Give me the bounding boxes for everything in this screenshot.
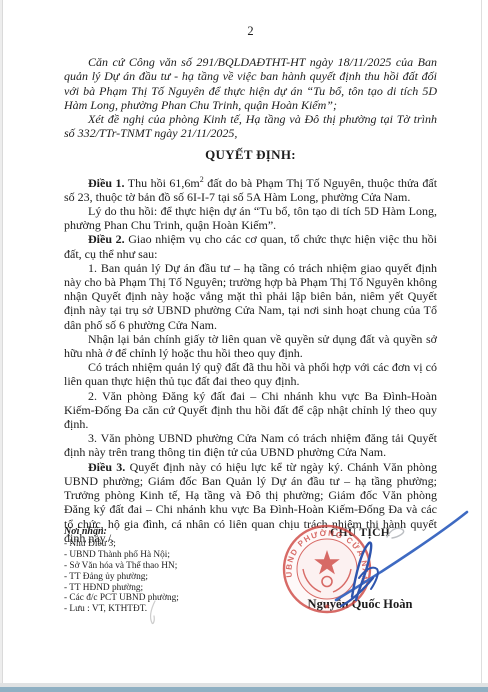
seal-bottom-star-icon: ★ [323,602,330,611]
article-2-item-3: Có trách nhiệm quản lý quỹ đất đã thu hồ… [64,360,437,388]
page-edge-left-line [2,0,3,684]
article-1-label: Điều 1. [88,176,125,190]
bottom-bar-blue [0,687,488,692]
article-1-text-pre: Thu hồi 61,6m [125,176,200,190]
recipient-item: - Sở Văn hóa và Thể thao HN; [64,561,264,572]
recipient-item: - Như Điều 3; [64,539,264,550]
recipients-title: Nơi nhận: [64,527,264,538]
article-2-item-5: 3. Văn phòng UBND phường Cửa Nam có trác… [64,431,437,459]
preamble-paragraph-1: Căn cứ Công văn số 291/BQLDAĐTHT-HT ngày… [64,55,437,112]
official-seal: UBND PHƯỜNG CỬA NAM ★ [281,523,373,615]
article-1: Điều 1. Thu hồi 61,6m2 đất do bà Phạm Th… [64,176,437,204]
recipients-block: Nơi nhận: - Như Điều 3; - UBND Thành phố… [64,527,264,615]
preamble-paragraph-2: Xét đề nghị của phòng Kinh tế, Hạ tầng v… [64,112,437,140]
document-body: 2 Căn cứ Công văn số 291/BQLDAĐTHT-HT ng… [64,0,437,545]
article-3-label: Điều 3. [88,460,125,474]
article-2-label: Điều 2. [88,232,125,246]
article-2-item-2: Nhận lại bản chính giấy tờ liên quan về … [64,332,437,360]
article-2-item-4: 2. Văn phòng Đăng ký đất đai – Chi nhánh… [64,389,437,432]
recipient-item: - TT Đảng ủy phường; [64,572,264,583]
article-2-item-1: 1. Ban quản lý Dự án đầu tư – hạ tầng có… [64,261,437,332]
seal-inner-ring [297,539,357,599]
recipient-item: - TT HĐND phường; [64,583,264,594]
document-page: 2 Căn cứ Công văn số 291/BQLDAĐTHT-HT ng… [0,0,488,692]
recipient-item: - Lưu : VT, KTHTĐT. [64,604,264,615]
decision-heading: QUYẾT ĐỊNH: [64,148,437,162]
article-1-reason: Lý do thu hồi: để thực hiện dự án “Tu bổ… [64,204,437,232]
page-edge-right-line [481,0,482,684]
article-2: Điều 2. Giao nhiệm vụ cho các cơ quan, t… [64,232,437,260]
recipient-item: - Các đ/c PCT UBND phường; [64,593,264,604]
recipient-item: - UBND Thành phố Hà Nội; [64,550,264,561]
page-number: 2 [64,0,437,38]
